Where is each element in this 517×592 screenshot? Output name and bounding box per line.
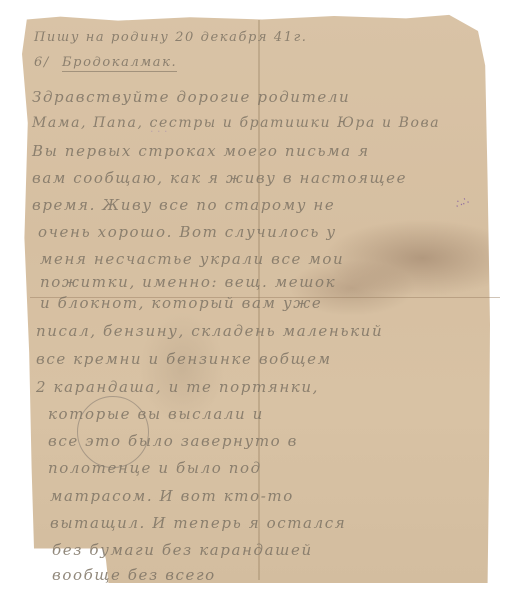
letter-line: все кремни и бензинке вобщем: [36, 350, 332, 368]
letter-header-number: 6/: [34, 55, 50, 70]
letter-line: вытащил. И теперь я остался: [50, 514, 346, 532]
letter-line: меня несчастье украли все мои: [40, 250, 344, 268]
letter-line: полотенце и было под: [48, 459, 262, 477]
letter-line: 2 карандаша, и те портянки,: [36, 378, 319, 396]
letter-line: вообще без всего: [52, 566, 216, 584]
letter-line: без бумаги без карандашей: [52, 541, 313, 559]
letter-line: Здравствуйте дорогие родители: [32, 88, 350, 106]
letter-line: и блокнот, который вам уже: [40, 294, 322, 312]
letter-line: пожитки, именно: вещ. мешок: [40, 273, 336, 291]
letter-header-date: Пишу на родину 20 декабря 41г.: [34, 30, 308, 45]
letter-line: Вы первых строках моего письма я: [32, 142, 370, 160]
letter-line: матрасом. И вот кто-то: [50, 487, 294, 505]
letter-line: очень хорошо. Вот случилось у: [38, 223, 337, 241]
letter-line: писал, бензину, складень маленький: [36, 322, 383, 340]
letter-line: Мама, Папа, сестры и братишки Юра и Вова: [32, 115, 440, 131]
letter-line: вам сообщаю, как я живу в настоящее: [32, 169, 407, 187]
letter-header-place: Бродокалмак.: [62, 55, 177, 72]
letter-line: все это было завернуто в: [48, 432, 298, 450]
letter-line: которые вы выслали и: [48, 405, 264, 423]
letter-line: время. Живу все по старому не: [32, 196, 335, 214]
